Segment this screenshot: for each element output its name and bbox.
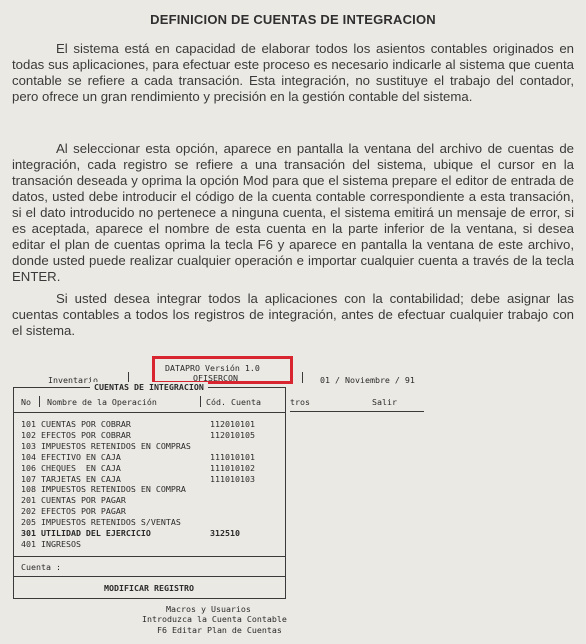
column-header-code: Cód. Cuenta	[206, 397, 261, 407]
paragraph-text: Al seleccionar esta opción, aparece en p…	[12, 141, 574, 284]
row-label: 202 EFECTOS POR PAGAR	[21, 506, 126, 516]
column-header-no: No	[21, 397, 31, 407]
footer-line-f6: F6 Editar Plan de Cuentas	[157, 625, 282, 635]
table-row[interactable]: 202 EFECTOS POR PAGAR	[21, 506, 126, 516]
row-code: 111010102	[210, 463, 255, 473]
menu-salir[interactable]: Salir	[372, 397, 397, 407]
table-row[interactable]: 205 IMPUESTOS RETENIDOS S/VENTAS	[21, 517, 181, 527]
menu-otros[interactable]: tros	[290, 397, 310, 407]
row-label: 101 CUENTAS POR COBRAR	[21, 419, 131, 429]
integration-accounts-window: CUENTAS DE INTEGRACION No Nombre de la O…	[13, 387, 286, 599]
table-row[interactable]: 108 IMPUESTOS RETENIDOS EN COMPRA	[21, 484, 186, 494]
paragraph-text: El sistema está en capacidad de elaborar…	[12, 41, 574, 104]
row-code: 111010101	[210, 452, 255, 462]
status-bar: MODIFICAR REGISTRO	[14, 583, 284, 593]
column-header-name: Nombre de la Operación	[47, 397, 157, 407]
table-row[interactable]: 106 CHEQUES EN CAJA111010102	[21, 463, 121, 473]
row-label: 108 IMPUESTOS RETENIDOS EN COMPRA	[21, 484, 186, 494]
document-title: DEFINICION DE CUENTAS DE INTEGRACION	[0, 12, 586, 27]
table-row[interactable]: 301 UTILIDAD DEL EJERCICIO312510	[21, 528, 151, 538]
footer-line-prompt: Introduzca la Cuenta Contable	[142, 614, 287, 624]
row-label: 102 EFECTOS POR COBRAR	[21, 430, 131, 440]
row-code: 112010105	[210, 430, 255, 440]
row-label: 107 TARJETAS EN CAJA	[21, 474, 121, 484]
highlight-box	[152, 356, 293, 384]
menu-separator	[302, 372, 303, 383]
paragraph-note: Si usted desea integrar todos la aplicac…	[12, 291, 574, 339]
table-row[interactable]: 101 CUENTAS POR COBRAR112010101	[21, 419, 131, 429]
table-row[interactable]: 401 INGRESOS	[21, 539, 81, 549]
row-label: 401 INGRESOS	[21, 539, 81, 549]
column-separator	[39, 396, 40, 407]
column-separator	[200, 396, 201, 407]
table-row[interactable]: 103 IMPUESTOS RETENIDOS EN COMPRAS	[21, 441, 191, 451]
row-label: 201 CUENTAS POR PAGAR	[21, 495, 126, 505]
paragraph-text: Si usted desea integrar todos la aplicac…	[12, 291, 574, 338]
row-label: 301 UTILIDAD DEL EJERCICIO	[21, 528, 151, 538]
date-display: 01 / Noviembre / 91	[320, 375, 415, 385]
table-row[interactable]: 201 CUENTAS POR PAGAR	[21, 495, 126, 505]
paragraph-intro: El sistema está en capacidad de elaborar…	[12, 41, 574, 105]
table-row[interactable]: 107 TARJETAS EN CAJA111010103	[21, 474, 121, 484]
row-label: 103 IMPUESTOS RETENIDOS EN COMPRAS	[21, 441, 191, 451]
row-label: 106 CHEQUES EN CAJA	[21, 463, 121, 473]
account-field-label: Cuenta :	[21, 562, 61, 572]
row-label: 104 EFECTIVO EN CAJA	[21, 452, 121, 462]
row-code: 111010103	[210, 474, 255, 484]
menu-underline	[290, 411, 424, 412]
status-divider	[14, 576, 285, 577]
paragraph-instructions: Al seleccionar esta opción, aparece en p…	[12, 141, 574, 285]
row-label: 205 IMPUESTOS RETENIDOS S/VENTAS	[21, 517, 181, 527]
footer-line-macros: Macros y Usuarios	[166, 604, 251, 614]
table-row[interactable]: 102 EFECTOS POR COBRAR112010105	[21, 430, 131, 440]
list-divider	[14, 556, 285, 557]
header-divider	[14, 412, 285, 413]
window-title: CUENTAS DE INTEGRACION	[90, 382, 208, 392]
table-row[interactable]: 104 EFECTIVO EN CAJA111010101	[21, 452, 121, 462]
row-code: 112010101	[210, 419, 255, 429]
row-code: 312510	[210, 528, 240, 538]
